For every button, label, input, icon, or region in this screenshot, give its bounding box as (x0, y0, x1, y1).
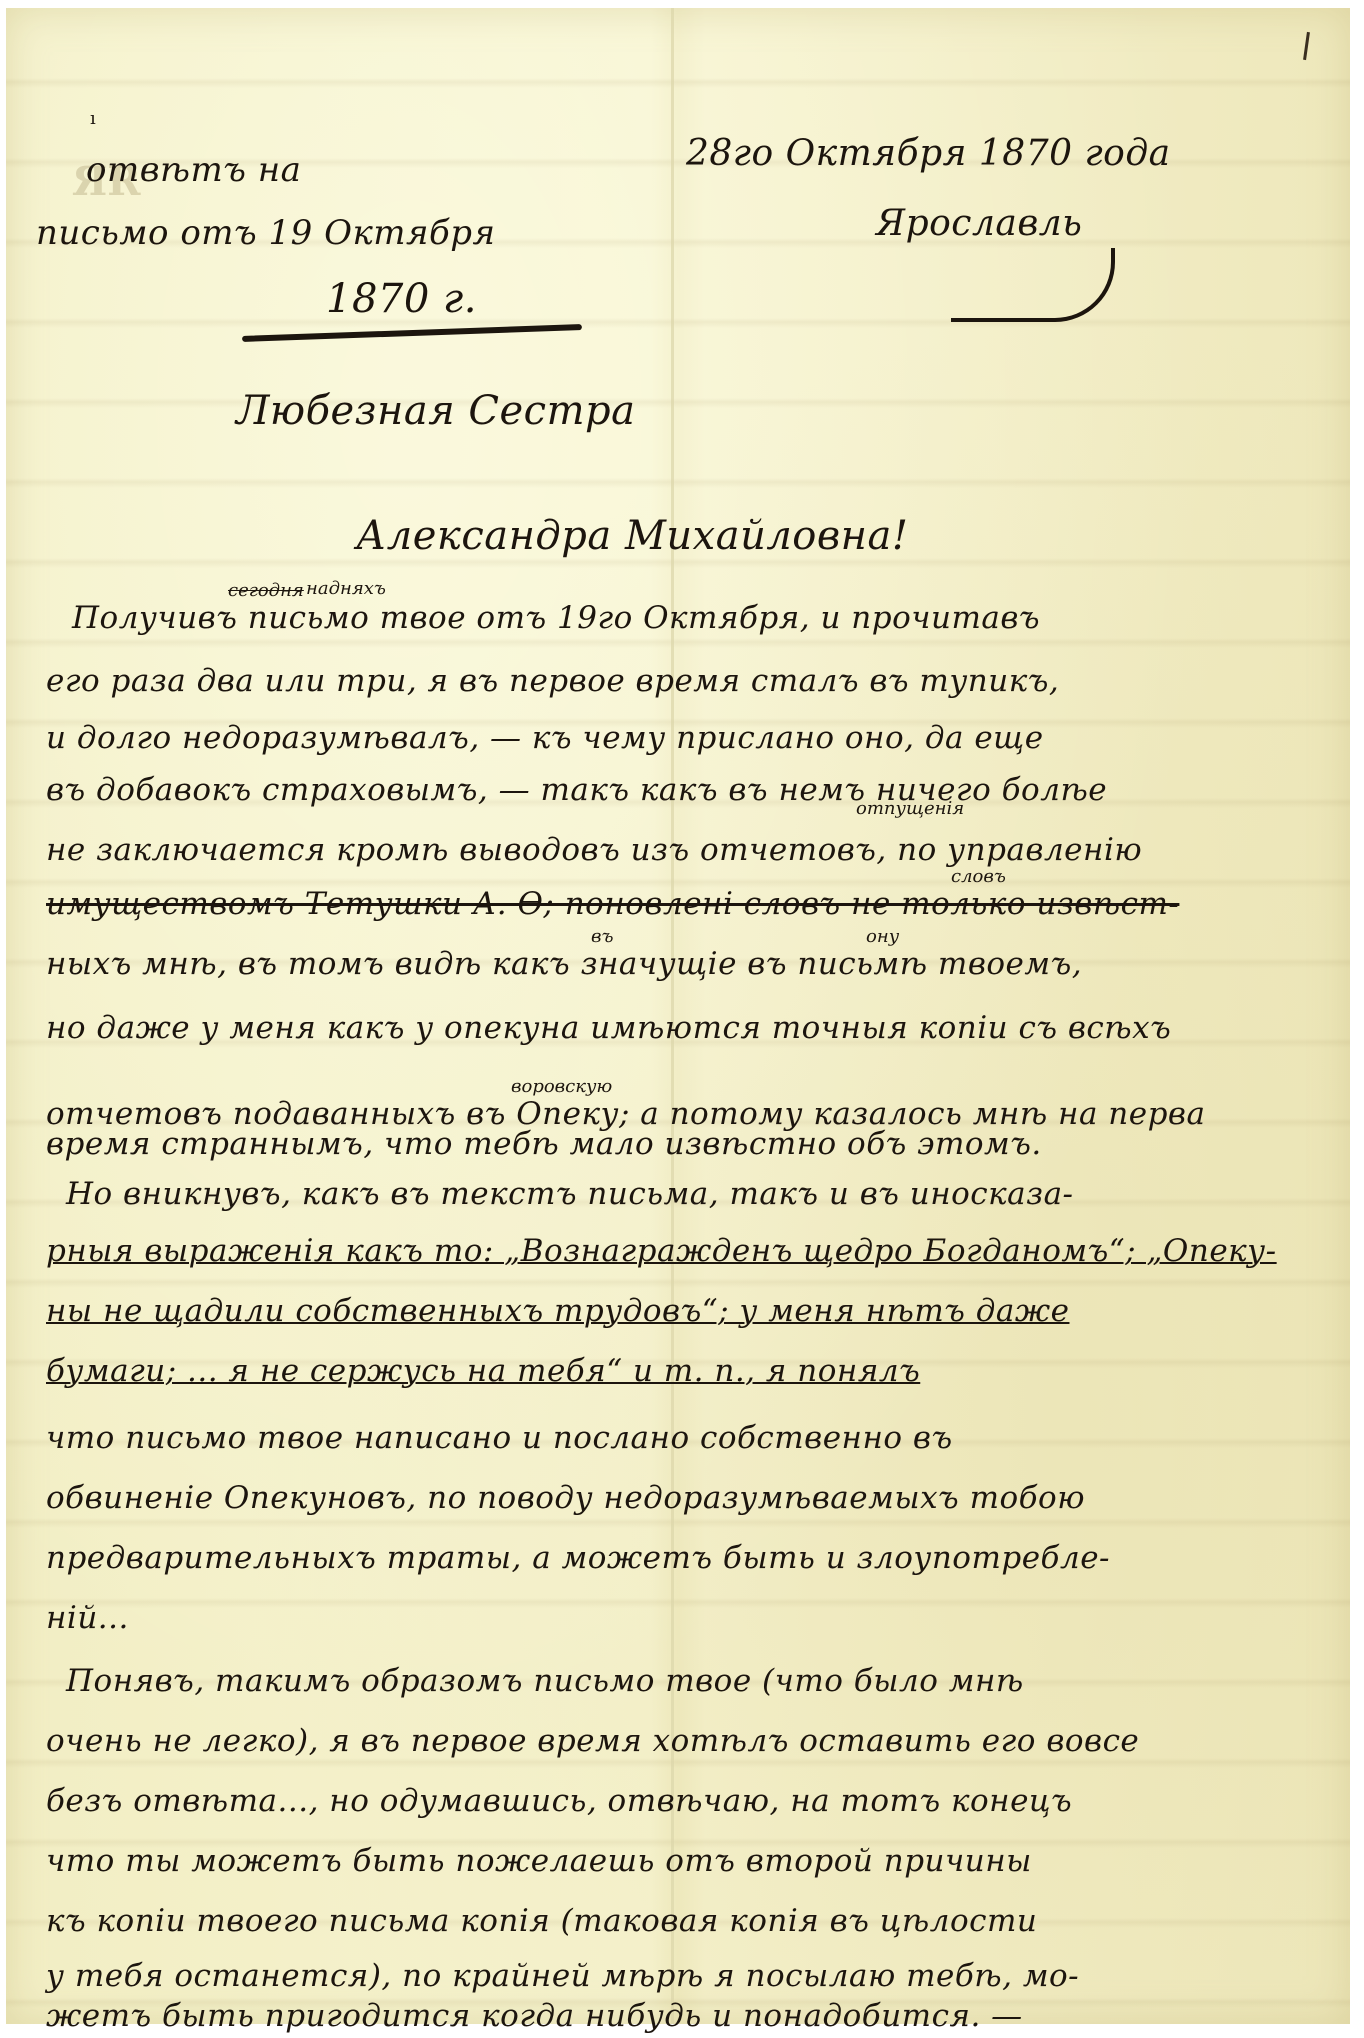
body-line: Получивъ письмо твое отъ 19го Октября, и… (72, 600, 1040, 636)
body-line: не заключается кромѣ выводовъ изъ отчето… (46, 832, 1142, 868)
body-line: ныхъ мнѣ, въ томъ видѣ какъ значущіе въ … (46, 946, 1082, 982)
body-line-underlined: рныя выраженія какъ то: „Вознагражденъ щ… (46, 1233, 1277, 1269)
year-underline-stroke (242, 324, 582, 342)
reply-note-year: 1870 г. (326, 276, 477, 322)
interlinear-insertion: надняхъ (306, 578, 386, 599)
body-line: что письмо твое написано и послано собст… (46, 1420, 953, 1456)
signature-flourish (951, 248, 1115, 322)
body-line: обвиненіе Опекуновъ, по поводу недоразум… (46, 1480, 1085, 1516)
body-line: его раза два или три, я въ первое время … (46, 663, 1059, 699)
body-line: Но вникнувъ, какъ въ текстъ письма, такъ… (66, 1176, 1074, 1212)
interlinear-insertion: воровскую (511, 1076, 612, 1097)
body-line: ній... (46, 1600, 129, 1636)
interlinear-insertion: ону (866, 926, 899, 947)
interlinear-insertion: въ (591, 926, 613, 947)
body-line: у тебя останется), по крайней мѣрѣ я пос… (46, 1958, 1079, 1994)
body-line: имуществомъ Тетушки А. Ѳ; поновлені слов… (46, 886, 1179, 922)
page-number-mark (1303, 32, 1310, 60)
reply-note-line-2: письмо отъ 19 Октября (36, 213, 496, 253)
body-line: въ добавокъ страховымъ, — такъ какъ въ н… (46, 772, 1107, 808)
letter-page: ı ЯR отвѣтъ на письмо отъ 19 Октября 187… (6, 8, 1350, 2024)
body-line-underlined: бумаги; ... я не сержусь на тебя“ и т. п… (46, 1353, 920, 1389)
body-line: жетъ быть пригодится когда нибудь и пона… (46, 1998, 1023, 2034)
body-line: къ копіи твоего письма копія (таковая ко… (46, 1903, 1037, 1939)
salutation-line-1: Любезная Сестра (236, 388, 635, 434)
body-line: что ты можетъ быть пожелаешь отъ второй … (46, 1843, 1032, 1879)
body-line: время страннымъ, что тебѣ мало извѣстно … (46, 1126, 1042, 1162)
salutation-line-2: Александра Михайловна! (356, 513, 908, 559)
body-line: очень не легко), я въ первое время хотѣл… (46, 1723, 1139, 1759)
letter-place: Ярославль (876, 203, 1082, 244)
reply-note-line-1: отвѣтъ на (86, 150, 301, 190)
body-line: Понявъ, такимъ образомъ письмо твое (что… (66, 1663, 1024, 1699)
margin-mark: ı (90, 108, 96, 129)
body-line: безъ отвѣта..., но одумавшись, отвѣчаю, … (46, 1783, 1072, 1819)
body-line: но даже у меня какъ у опекуна имѣются то… (46, 1010, 1171, 1046)
interlinear-struck-word: сегодня (228, 580, 304, 601)
interlinear-insertion: словъ (951, 866, 1006, 887)
body-line: предварительныхъ траты, а можетъ быть и … (46, 1540, 1110, 1576)
body-line-underlined: ны не щадили собственныхъ трудовъ“; у ме… (46, 1293, 1069, 1329)
body-line: и долго недоразумѣвалъ, — къ чему присла… (46, 720, 1044, 756)
letter-date: 28го Октября 1870 года (686, 133, 1171, 174)
